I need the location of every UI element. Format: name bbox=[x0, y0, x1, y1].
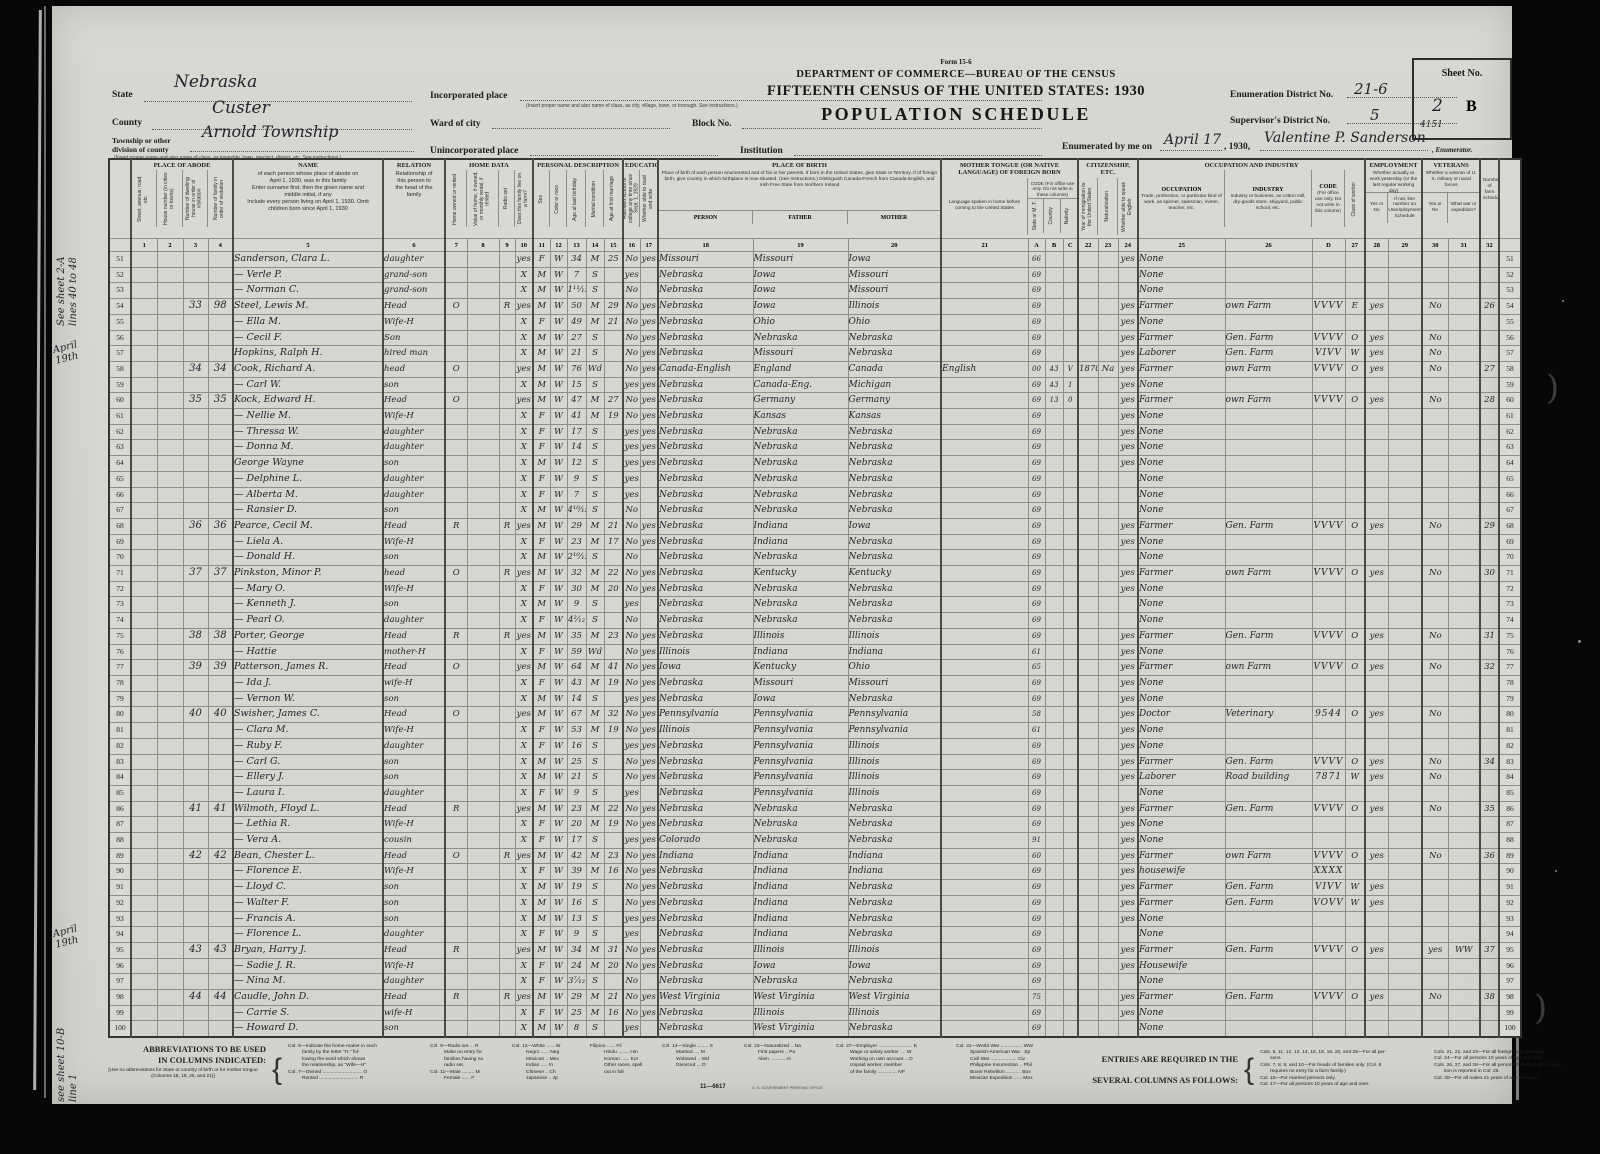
cell-marital: S bbox=[586, 487, 604, 503]
schedule-row-line-70: 70— Donald H.sonXMW2¹⁰⁄₁₂SNoNebraskaNebr… bbox=[109, 550, 1521, 566]
cell-lnl: 65 bbox=[109, 471, 131, 487]
cell-radio: R bbox=[499, 628, 515, 644]
cell-pbperson: Nebraska bbox=[658, 974, 753, 990]
cell-owned: R bbox=[445, 518, 467, 534]
cell-codeA: 69 bbox=[1028, 738, 1045, 754]
column-number-15: 15 bbox=[604, 239, 623, 252]
cell-read: yes bbox=[640, 848, 658, 864]
cell-farm: X bbox=[515, 377, 533, 393]
cell-color: W bbox=[550, 393, 567, 409]
cell-lnr: 87 bbox=[1499, 817, 1521, 833]
cell-marital: S bbox=[586, 785, 604, 801]
cell-sex: F bbox=[533, 314, 550, 330]
county-label: County bbox=[112, 118, 142, 128]
cell-relation: Wife-H bbox=[383, 581, 445, 597]
cell-atwork bbox=[1365, 581, 1388, 597]
cell-agemar: 19 bbox=[604, 817, 623, 833]
cell-name: — Sadie J. R. bbox=[233, 958, 383, 974]
cell-lnl: 59 bbox=[109, 377, 131, 393]
cell-codeB bbox=[1045, 974, 1063, 990]
column-number-22: 22 bbox=[1078, 239, 1098, 252]
cell-age: 39 bbox=[567, 864, 586, 880]
column-number-30: 30 bbox=[1422, 239, 1448, 252]
cell-value bbox=[467, 817, 499, 833]
cell-house bbox=[157, 880, 183, 896]
cell-codeC bbox=[1063, 817, 1078, 833]
cell-sex: M bbox=[533, 801, 550, 817]
cell-codeB bbox=[1045, 848, 1063, 864]
cell-school: yes bbox=[623, 487, 640, 503]
cell-war bbox=[1448, 581, 1480, 597]
cell-name: — Cecil F. bbox=[233, 330, 383, 346]
cell-immig bbox=[1078, 581, 1098, 597]
cell-worker bbox=[1345, 785, 1365, 801]
cell-owned: O bbox=[445, 299, 467, 315]
column-number-8: 8 bbox=[467, 239, 499, 252]
cell-natur bbox=[1098, 864, 1118, 880]
cell-codeD bbox=[1312, 974, 1345, 990]
cell-agemar: 19 bbox=[604, 723, 623, 739]
cell-relation: head bbox=[383, 566, 445, 582]
cell-industry: own Farm bbox=[1225, 566, 1312, 582]
cell-unemp bbox=[1388, 330, 1422, 346]
cell-worker bbox=[1345, 675, 1365, 691]
cell-farm: X bbox=[515, 409, 533, 425]
cell-vet: No bbox=[1422, 754, 1448, 770]
cell-read bbox=[640, 613, 658, 629]
cell-name: Hopkins, Ralph H. bbox=[233, 346, 383, 362]
cell-relation: son bbox=[383, 911, 445, 927]
cell-read: yes bbox=[640, 801, 658, 817]
footer-title-1: ABBREVIATIONS TO BE USED bbox=[108, 1044, 266, 1055]
cell-lnr: 65 bbox=[1499, 471, 1521, 487]
cell-family bbox=[208, 597, 233, 613]
cell-codeD: VVVV bbox=[1312, 848, 1345, 864]
cell-pbmother: Indiana bbox=[848, 644, 941, 660]
cell-lnl: 94 bbox=[109, 927, 131, 943]
cell-language bbox=[941, 958, 1028, 974]
sheet-value: 2 bbox=[1432, 96, 1443, 116]
cell-lnr: 94 bbox=[1499, 927, 1521, 943]
cell-codeC bbox=[1063, 833, 1078, 849]
cell-read: yes bbox=[640, 644, 658, 660]
cell-relation: daughter bbox=[383, 252, 445, 268]
cell-relation: daughter bbox=[383, 440, 445, 456]
cell-farmsch bbox=[1480, 770, 1499, 786]
cell-immig bbox=[1078, 880, 1098, 896]
cell-natur bbox=[1098, 895, 1118, 911]
cell-lnl: 55 bbox=[109, 314, 131, 330]
cell-atwork bbox=[1365, 424, 1388, 440]
cell-street bbox=[131, 817, 157, 833]
cell-english: yes bbox=[1118, 754, 1138, 770]
cell-codeD bbox=[1312, 738, 1345, 754]
cell-occupation: Farmer bbox=[1138, 895, 1225, 911]
cell-marital: M bbox=[586, 518, 604, 534]
cell-read: yes bbox=[640, 252, 658, 268]
cell-vet bbox=[1422, 409, 1448, 425]
cell-farmsch: 31 bbox=[1480, 628, 1499, 644]
cell-english bbox=[1118, 471, 1138, 487]
cell-lnr: 74 bbox=[1499, 613, 1521, 629]
cell-marital: S bbox=[586, 880, 604, 896]
cell-natur bbox=[1098, 534, 1118, 550]
cell-dwelling bbox=[183, 1021, 208, 1037]
cell-codeA: 69 bbox=[1028, 393, 1045, 409]
cell-age: 32 bbox=[567, 566, 586, 582]
cell-street bbox=[131, 613, 157, 629]
cell-owned bbox=[445, 1005, 467, 1021]
cell-value bbox=[467, 534, 499, 550]
cell-language bbox=[941, 581, 1028, 597]
cell-worker: O bbox=[1345, 361, 1365, 377]
cell-farmsch bbox=[1480, 487, 1499, 503]
cell-atwork: yes bbox=[1365, 330, 1388, 346]
cell-school: No bbox=[623, 848, 640, 864]
cell-pbmother: Illinois bbox=[848, 1005, 941, 1021]
cell-owned bbox=[445, 1021, 467, 1037]
cell-unemp bbox=[1388, 833, 1422, 849]
cell-owned bbox=[445, 471, 467, 487]
cell-age: 59 bbox=[567, 644, 586, 660]
cell-immig bbox=[1078, 471, 1098, 487]
column-number-9: 9 bbox=[499, 239, 515, 252]
cell-codeC bbox=[1063, 958, 1078, 974]
cell-codeB bbox=[1045, 252, 1063, 268]
cell-farm: X bbox=[515, 581, 533, 597]
cell-age: 16 bbox=[567, 738, 586, 754]
cell-pbperson: Nebraska bbox=[658, 628, 753, 644]
cell-agemar: 19 bbox=[604, 409, 623, 425]
cell-unemp bbox=[1388, 314, 1422, 330]
cell-family bbox=[208, 895, 233, 911]
cell-natur bbox=[1098, 628, 1118, 644]
cell-farm: X bbox=[515, 927, 533, 943]
cell-agemar bbox=[604, 644, 623, 660]
cell-language bbox=[941, 597, 1028, 613]
cell-value bbox=[467, 424, 499, 440]
column-number-10: 10 bbox=[515, 239, 533, 252]
cell-language bbox=[941, 848, 1028, 864]
cell-agemar: 19 bbox=[604, 675, 623, 691]
cell-owned bbox=[445, 895, 467, 911]
cell-family bbox=[208, 377, 233, 393]
cell-dwelling: 38 bbox=[183, 628, 208, 644]
cell-industry bbox=[1225, 738, 1312, 754]
cell-sex: M bbox=[533, 503, 550, 519]
cell-farmsch bbox=[1480, 581, 1499, 597]
cell-occupation: None bbox=[1138, 785, 1225, 801]
cell-family bbox=[208, 974, 233, 990]
cell-radio bbox=[499, 833, 515, 849]
cell-atwork: yes bbox=[1365, 361, 1388, 377]
cell-codeC: 1 bbox=[1063, 377, 1078, 393]
cell-value bbox=[467, 597, 499, 613]
cell-war bbox=[1448, 974, 1480, 990]
cell-english bbox=[1118, 267, 1138, 283]
enumerator-label: , Enumerator. bbox=[1432, 146, 1472, 154]
cell-pbperson: Nebraska bbox=[658, 880, 753, 896]
cell-industry bbox=[1225, 503, 1312, 519]
cell-name: — Ella M. bbox=[233, 314, 383, 330]
cell-language bbox=[941, 927, 1028, 943]
cell-codeB bbox=[1045, 566, 1063, 582]
cell-farmsch bbox=[1480, 880, 1499, 896]
cell-street bbox=[131, 880, 157, 896]
cell-value bbox=[467, 550, 499, 566]
cell-pbmother: Nebraska bbox=[848, 424, 941, 440]
cell-owned bbox=[445, 770, 467, 786]
cell-street bbox=[131, 440, 157, 456]
cell-name: — Delphine L. bbox=[233, 471, 383, 487]
cell-radio bbox=[499, 974, 515, 990]
schedule-row-line-81: 81— Clara M.Wife-HXFW53M19NoyesIllinoisP… bbox=[109, 723, 1521, 739]
cell-sex: F bbox=[533, 440, 550, 456]
schedule-row-line-98: 984444Caudle, John D.HeadRRyesMW29M21Noy… bbox=[109, 990, 1521, 1006]
cell-war bbox=[1448, 738, 1480, 754]
cell-street bbox=[131, 911, 157, 927]
cell-street bbox=[131, 597, 157, 613]
cell-codeA: 69 bbox=[1028, 1021, 1045, 1037]
cell-industry: Gen. Farm bbox=[1225, 330, 1312, 346]
schedule-row-line-71: 713737Pinkston, Minor P.headORyesMW32M22… bbox=[109, 566, 1521, 582]
cell-war bbox=[1448, 848, 1480, 864]
cell-sex: M bbox=[533, 299, 550, 315]
cell-natur bbox=[1098, 503, 1118, 519]
cell-industry: Gen. Farm bbox=[1225, 880, 1312, 896]
cell-pbperson: Nebraska bbox=[658, 299, 753, 315]
cell-radio bbox=[499, 267, 515, 283]
cell-name: — Carl W. bbox=[233, 377, 383, 393]
column-number-B: B bbox=[1045, 239, 1063, 252]
column-number-13: 13 bbox=[567, 239, 586, 252]
cell-codeB bbox=[1045, 503, 1063, 519]
cell-street bbox=[131, 754, 157, 770]
cell-relation: daughter bbox=[383, 424, 445, 440]
cell-vet bbox=[1422, 644, 1448, 660]
cell-codeB bbox=[1045, 1021, 1063, 1037]
cell-name: Patterson, James R. bbox=[233, 660, 383, 676]
schedule-row-line-56: 56— Cecil F.SonXMW27SNoyesNebraskaNebras… bbox=[109, 330, 1521, 346]
cell-occupation: Farmer bbox=[1138, 801, 1225, 817]
cell-natur bbox=[1098, 958, 1118, 974]
cell-dwelling bbox=[183, 1005, 208, 1021]
cell-unemp bbox=[1388, 252, 1422, 268]
sup-district-label: Supervisor's District No. bbox=[1230, 116, 1330, 126]
cell-color: W bbox=[550, 361, 567, 377]
cell-color: W bbox=[550, 927, 567, 943]
cell-lnr: 84 bbox=[1499, 770, 1521, 786]
cell-farm: X bbox=[515, 785, 533, 801]
cell-agemar: 23 bbox=[604, 848, 623, 864]
cell-sex: F bbox=[533, 581, 550, 597]
cell-codeB bbox=[1045, 990, 1063, 1006]
cell-pbperson: Nebraska bbox=[658, 330, 753, 346]
cell-codeD: VVVV bbox=[1312, 566, 1345, 582]
cell-farm: X bbox=[515, 833, 533, 849]
cell-relation: son bbox=[383, 895, 445, 911]
cell-unemp bbox=[1388, 456, 1422, 472]
cell-english: yes bbox=[1118, 738, 1138, 754]
cell-english: yes bbox=[1118, 252, 1138, 268]
cell-codeA: 69 bbox=[1028, 613, 1045, 629]
cell-pbperson: Illinois bbox=[658, 723, 753, 739]
cell-codeC bbox=[1063, 613, 1078, 629]
cell-immig bbox=[1078, 314, 1098, 330]
cell-occupation: None bbox=[1138, 1005, 1225, 1021]
cell-english: yes bbox=[1118, 911, 1138, 927]
margin-note-bottom-line2: line 1 bbox=[68, 970, 79, 1102]
cell-house bbox=[157, 252, 183, 268]
schedule-row-line-89: 894242Bean, Chester L.HeadORyesMW42M23No… bbox=[109, 848, 1521, 864]
cell-pbperson: Nebraska bbox=[658, 1021, 753, 1037]
abbreviation-block-3: Col. 12—White ...... WNegro ...... NegMe… bbox=[512, 1044, 580, 1100]
cell-occupation: None bbox=[1138, 456, 1225, 472]
cell-worker bbox=[1345, 456, 1365, 472]
cell-age: 64 bbox=[567, 660, 586, 676]
cell-read: yes bbox=[640, 424, 658, 440]
cell-natur bbox=[1098, 550, 1118, 566]
schedule-row-line-95: 954343Bryan, Harry J.HeadRyesMW34M31Noye… bbox=[109, 942, 1521, 958]
cell-natur bbox=[1098, 299, 1118, 315]
cell-codeA: 69 bbox=[1028, 974, 1045, 990]
cell-immig bbox=[1078, 534, 1098, 550]
cell-immig bbox=[1078, 942, 1098, 958]
unincorporated-line bbox=[530, 133, 718, 156]
entries-right-column: Cols. 21, 22, and 23—For all foreign-bor… bbox=[1434, 1050, 1600, 1100]
cell-lnl: 87 bbox=[109, 817, 131, 833]
entries-left-column: Cols. 6, 11, 12, 13, 14, 16, 18, 19, 20,… bbox=[1260, 1050, 1428, 1100]
cell-codeA: 69 bbox=[1028, 801, 1045, 817]
cell-radio bbox=[499, 738, 515, 754]
margin-note-top-line1: See sheet 2-A bbox=[56, 146, 67, 326]
cell-owned bbox=[445, 330, 467, 346]
cell-farm: X bbox=[515, 770, 533, 786]
cell-lnr: 97 bbox=[1499, 974, 1521, 990]
cell-street bbox=[131, 503, 157, 519]
cell-school: No bbox=[623, 314, 640, 330]
cell-war bbox=[1448, 1005, 1480, 1021]
cell-vet bbox=[1422, 267, 1448, 283]
cell-language bbox=[941, 990, 1028, 1006]
cell-house bbox=[157, 785, 183, 801]
cell-farmsch bbox=[1480, 817, 1499, 833]
cell-codeC bbox=[1063, 848, 1078, 864]
cell-sex: M bbox=[533, 911, 550, 927]
cell-relation: Wife-H bbox=[383, 314, 445, 330]
cell-natur bbox=[1098, 691, 1118, 707]
cell-war bbox=[1448, 471, 1480, 487]
cell-unemp bbox=[1388, 566, 1422, 582]
cell-dwelling bbox=[183, 785, 208, 801]
cell-name: — Ransier D. bbox=[233, 503, 383, 519]
schedule-row-line-94: 94— Florence L.daughterXFW9SyesNebraskaI… bbox=[109, 927, 1521, 943]
schedule-row-line-74: 74— Pearl O.daughterXFW4²⁄₁₂SNoNebraskaN… bbox=[109, 613, 1521, 629]
cell-immig bbox=[1078, 817, 1098, 833]
cell-codeD: VVVV bbox=[1312, 942, 1345, 958]
cell-pbperson: Illinois bbox=[658, 644, 753, 660]
cell-marital: M bbox=[586, 958, 604, 974]
schedule-row-line-65: 65— Delphine L.daughterXFW9SyesNebraskaN… bbox=[109, 471, 1521, 487]
cell-pbperson: Pennsylvania bbox=[658, 707, 753, 723]
column-group-lnr bbox=[1499, 159, 1521, 239]
cell-pbfather: Nebraska bbox=[753, 424, 848, 440]
cell-atwork bbox=[1365, 409, 1388, 425]
cell-pbperson: Indiana bbox=[658, 848, 753, 864]
cell-codeC bbox=[1063, 785, 1078, 801]
cell-lnr: 57 bbox=[1499, 346, 1521, 362]
cell-school: No bbox=[623, 330, 640, 346]
cell-pbperson: Nebraska bbox=[658, 613, 753, 629]
cell-farm: yes bbox=[515, 628, 533, 644]
cell-pbfather: Nebraska bbox=[753, 801, 848, 817]
cell-name: Bryan, Harry J. bbox=[233, 942, 383, 958]
cell-unemp bbox=[1388, 660, 1422, 676]
cell-pbperson: Nebraska bbox=[658, 801, 753, 817]
cell-codeC bbox=[1063, 456, 1078, 472]
cell-farmsch bbox=[1480, 738, 1499, 754]
cell-occupation: Doctor bbox=[1138, 707, 1225, 723]
cell-lnr: 62 bbox=[1499, 424, 1521, 440]
cell-vet: No bbox=[1422, 393, 1448, 409]
cell-street bbox=[131, 691, 157, 707]
cell-house bbox=[157, 566, 183, 582]
cell-dwelling bbox=[183, 330, 208, 346]
cell-pbmother: Nebraska bbox=[848, 550, 941, 566]
cell-natur bbox=[1098, 723, 1118, 739]
cell-house bbox=[157, 487, 183, 503]
cell-codeC bbox=[1063, 990, 1078, 1006]
cell-occupation: None bbox=[1138, 550, 1225, 566]
cell-value bbox=[467, 1021, 499, 1037]
cell-pbperson: Nebraska bbox=[658, 377, 753, 393]
cell-marital: M bbox=[586, 864, 604, 880]
cell-pbfather: Canada-Eng. bbox=[753, 377, 848, 393]
cell-radio bbox=[499, 471, 515, 487]
cell-atwork bbox=[1365, 864, 1388, 880]
cell-industry: Gen. Farm bbox=[1225, 990, 1312, 1006]
cell-pbfather: Illinois bbox=[753, 942, 848, 958]
cell-lnr: 99 bbox=[1499, 1005, 1521, 1021]
cell-unemp bbox=[1388, 707, 1422, 723]
cell-atwork bbox=[1365, 252, 1388, 268]
cell-industry bbox=[1225, 817, 1312, 833]
cell-natur bbox=[1098, 675, 1118, 691]
film-dust-1 bbox=[1562, 300, 1564, 302]
cell-occupation: None bbox=[1138, 534, 1225, 550]
cell-occupation: Farmer bbox=[1138, 880, 1225, 896]
cell-lnr: 58 bbox=[1499, 361, 1521, 377]
cell-read: yes bbox=[640, 393, 658, 409]
cell-radio bbox=[499, 754, 515, 770]
cell-house bbox=[157, 942, 183, 958]
cell-name: — Vernon W. bbox=[233, 691, 383, 707]
cell-value bbox=[467, 864, 499, 880]
cell-school: No bbox=[623, 974, 640, 990]
cell-occupation: None bbox=[1138, 644, 1225, 660]
cell-war bbox=[1448, 550, 1480, 566]
cell-unemp bbox=[1388, 974, 1422, 990]
schedule-row-line-68: 683636Pearce, Cecil M.HeadRRyesMW29M21No… bbox=[109, 518, 1521, 534]
cell-unemp bbox=[1388, 471, 1422, 487]
cell-family: 36 bbox=[208, 518, 233, 534]
cell-house bbox=[157, 613, 183, 629]
cell-war bbox=[1448, 252, 1480, 268]
cell-unemp bbox=[1388, 346, 1422, 362]
cell-war bbox=[1448, 440, 1480, 456]
cell-industry bbox=[1225, 314, 1312, 330]
cell-read: yes bbox=[640, 581, 658, 597]
